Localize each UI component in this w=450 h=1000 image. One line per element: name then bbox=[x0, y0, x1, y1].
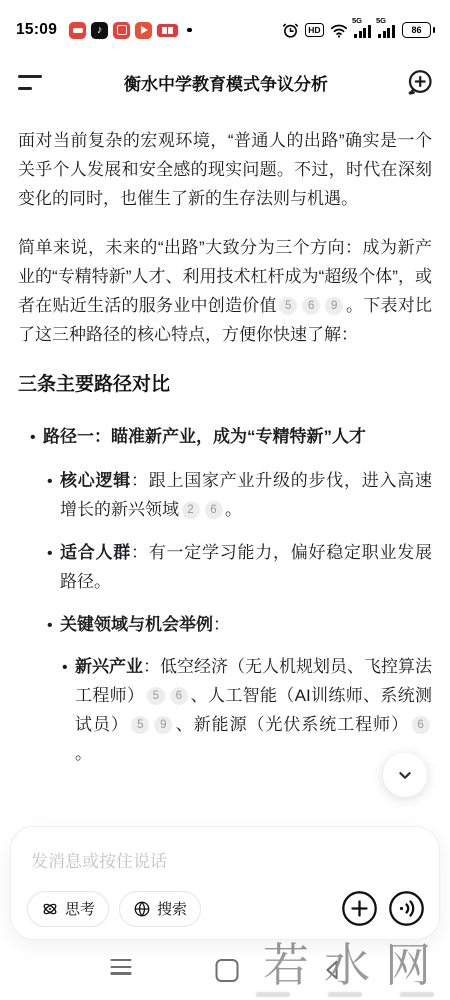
list-item-text: 路径一：瞄准新产业，成为“专精特新”人才 bbox=[43, 422, 432, 452]
text-segment: 面对当前复杂的宏观环境，“普通人的出路”确实是一个关乎个人发展和安全感的现实问题… bbox=[18, 131, 432, 208]
chevron-down-icon bbox=[394, 764, 416, 786]
citation-badge[interactable]: 2 bbox=[182, 501, 200, 519]
citation-badge[interactable]: 6 bbox=[170, 687, 188, 705]
bullet-icon bbox=[30, 422, 43, 452]
text-segment: 、新能源（光伏系统工程师） bbox=[175, 715, 409, 734]
status-bar: 15:09 ♪ HD 5G 5G 86 bbox=[0, 0, 450, 52]
citation-badge[interactable]: 6 bbox=[302, 297, 320, 315]
red-app-notification-icon bbox=[69, 22, 86, 39]
signal-strength-icon-1: 5G bbox=[354, 18, 372, 43]
list-item-text: 适合人群：有一定学习能力，偏好稳定职业发展路径。 bbox=[60, 538, 432, 596]
hd-volte-icon: HD bbox=[305, 23, 324, 37]
bold-text-segment: 适合人群 bbox=[60, 543, 131, 562]
globe-icon bbox=[133, 900, 151, 918]
citation-badge[interactable]: 6 bbox=[412, 716, 430, 734]
list-item-emerging-industry: 新兴产业：低空经济（无人机规划员、飞控算法工程师）56、人工智能（AI训练师、系… bbox=[62, 652, 432, 768]
clock-time: 15:09 bbox=[16, 21, 57, 39]
bullet-icon bbox=[47, 466, 60, 524]
nav-home-button[interactable] bbox=[216, 959, 239, 982]
message-input[interactable]: 发消息或按住说话 bbox=[11, 827, 439, 872]
notification-dot-icon bbox=[187, 28, 192, 33]
bold-text-segment: 路径一：瞄准新产业，成为“专精特新”人才 bbox=[43, 427, 366, 446]
atom-icon bbox=[41, 900, 59, 918]
red-badge-notification-icon bbox=[157, 24, 178, 37]
citation-badge[interactable]: 6 bbox=[205, 501, 223, 519]
list-item-key-areas: 关键领域与机会举例： bbox=[47, 610, 432, 640]
bold-text-segment: 核心逻辑 bbox=[60, 471, 131, 490]
bullet-icon bbox=[62, 652, 75, 768]
wifi-icon bbox=[330, 23, 348, 38]
bold-text-segment: 新兴产业 bbox=[75, 657, 143, 676]
battery-icon: 86 bbox=[402, 22, 435, 38]
signal-strength-icon-2: 5G bbox=[378, 18, 396, 43]
watermark-subtext bbox=[256, 992, 434, 997]
composer-toolbar: 思考 搜索 bbox=[27, 890, 425, 927]
list-item-text: 核心逻辑：跟上国家产业升级的步伐，进入高速增长的新兴领域26。 bbox=[60, 466, 432, 524]
citation-badge[interactable]: 5 bbox=[131, 716, 149, 734]
paragraph-directions: 简单来说，未来的“出路”大致分为三个方向：成为新产业的“专精特新”人才、利用技术… bbox=[18, 233, 432, 349]
text-segment: 。 bbox=[225, 500, 242, 519]
section-title: 三条主要路径对比 bbox=[18, 371, 432, 398]
scroll-to-bottom-button[interactable] bbox=[383, 753, 427, 797]
list-item-text: 关键领域与机会举例： bbox=[60, 610, 432, 640]
assistant-message: 面对当前复杂的宏观环境，“普通人的出路”确实是一个关乎个人发展和安全感的现实问题… bbox=[0, 108, 450, 768]
citation-badge[interactable]: 5 bbox=[147, 687, 165, 705]
attach-button[interactable] bbox=[341, 890, 378, 927]
red-video-app-notification-icon bbox=[113, 22, 130, 39]
list-item-path1: 路径一：瞄准新产业，成为“专精特新”人才 bbox=[30, 422, 432, 452]
battery-percent: 86 bbox=[402, 22, 431, 38]
citation-badge[interactable]: 5 bbox=[279, 297, 297, 315]
paragraph-intro: 面对当前复杂的宏观环境，“普通人的出路”确实是一个关乎个人发展和安全感的现实问题… bbox=[18, 126, 432, 213]
bold-text-segment: 关键领域与机会举例 bbox=[60, 615, 213, 634]
nav-recents-button[interactable] bbox=[111, 959, 132, 979]
voice-wave-icon bbox=[388, 890, 425, 927]
app-header: 衡水中学教育模式争议分析 bbox=[0, 52, 450, 108]
list-item-suitable-people: 适合人群：有一定学习能力，偏好稳定职业发展路径。 bbox=[47, 538, 432, 596]
think-mode-button[interactable]: 思考 bbox=[27, 891, 109, 927]
page-title: 衡水中学教育模式争议分析 bbox=[48, 70, 404, 95]
new-chat-icon bbox=[406, 68, 434, 96]
menu-button[interactable] bbox=[18, 75, 48, 90]
watermark-text: 若水网 bbox=[263, 942, 446, 988]
bullet-icon bbox=[47, 610, 60, 640]
plus-circle-icon bbox=[341, 890, 378, 927]
path-list: 路径一：瞄准新产业，成为“专精特新”人才 核心逻辑：跟上国家产业升级的步伐，进入… bbox=[18, 422, 432, 768]
citation-badge[interactable]: 9 bbox=[154, 716, 172, 734]
play-app-notification-icon bbox=[135, 22, 152, 39]
list-item-text: 新兴产业：低空经济（无人机规划员、飞控算法工程师）56、人工智能（AI训练师、系… bbox=[75, 652, 432, 768]
web-search-button[interactable]: 搜索 bbox=[119, 891, 201, 927]
message-composer: 发消息或按住说话 思考 搜索 bbox=[10, 826, 440, 940]
citation-badge[interactable]: 9 bbox=[325, 297, 343, 315]
voice-mode-button[interactable] bbox=[388, 890, 425, 927]
tiktok-notification-icon: ♪ bbox=[91, 22, 108, 39]
status-indicators: HD 5G 5G 86 bbox=[282, 18, 435, 43]
think-mode-label: 思考 bbox=[65, 898, 95, 919]
text-segment: 。 bbox=[75, 744, 92, 763]
notification-icons: ♪ bbox=[69, 22, 192, 39]
web-search-label: 搜索 bbox=[157, 898, 187, 919]
text-segment: ： bbox=[213, 615, 230, 634]
list-item-core-logic: 核心逻辑：跟上国家产业升级的步伐，进入高速增长的新兴领域26。 bbox=[47, 466, 432, 524]
bullet-icon bbox=[47, 538, 60, 596]
new-chat-button[interactable] bbox=[404, 68, 434, 96]
alarm-clock-icon bbox=[282, 22, 299, 39]
